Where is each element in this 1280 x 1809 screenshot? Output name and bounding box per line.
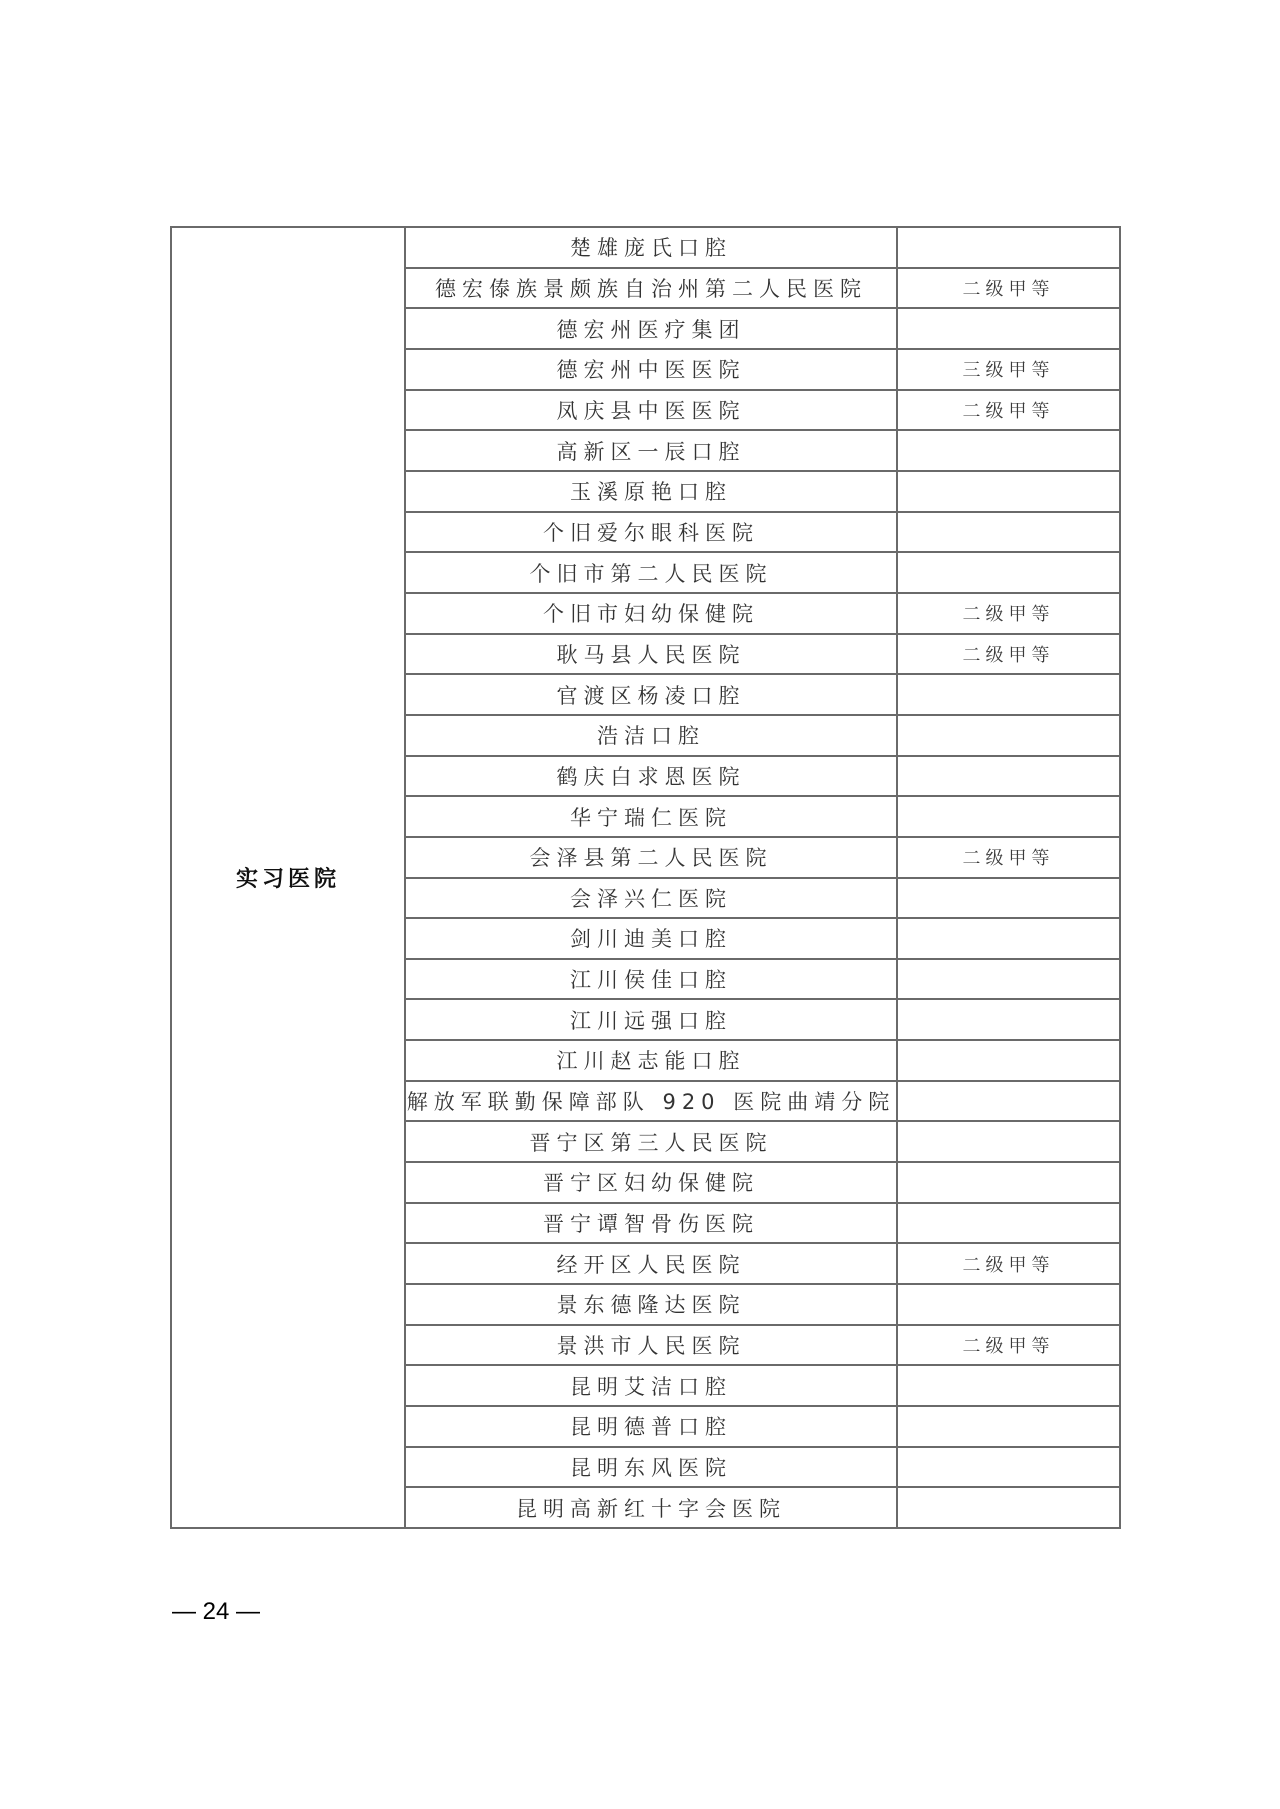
hospital-grade-cell: [897, 1162, 1120, 1203]
document-page: 实习医院楚雄庞氏口腔德宏傣族景颇族自治州第二人民医院二级甲等德宏州医疗集团德宏州…: [0, 0, 1280, 1809]
hospital-name-cell: 江川赵志能口腔: [405, 1040, 897, 1081]
hospital-grade-cell: 二级甲等: [897, 390, 1120, 431]
hospital-name-cell: 会泽兴仁医院: [405, 878, 897, 919]
hospital-name-cell: 个旧市妇幼保健院: [405, 593, 897, 634]
hospital-name-cell: 华宁瑞仁医院: [405, 796, 897, 837]
hospital-grade-cell: 二级甲等: [897, 268, 1120, 309]
hospital-name-cell: 楚雄庞氏口腔: [405, 227, 897, 268]
table-row: 实习医院楚雄庞氏口腔: [171, 227, 1120, 268]
hospital-name-cell: 晋宁区第三人民医院: [405, 1121, 897, 1162]
hospital-name-cell: 德宏州中医医院: [405, 349, 897, 390]
hospital-name-cell: 江川远强口腔: [405, 999, 897, 1040]
hospital-name-cell: 个旧市第二人民医院: [405, 552, 897, 593]
page-number: — 24 —: [172, 1598, 260, 1626]
category-cell: 实习医院: [171, 227, 405, 1528]
hospital-name-cell: 德宏傣族景颇族自治州第二人民医院: [405, 268, 897, 309]
hospital-grade-cell: [897, 1284, 1120, 1325]
internship-hospital-table: 实习医院楚雄庞氏口腔德宏傣族景颇族自治州第二人民医院二级甲等德宏州医疗集团德宏州…: [170, 226, 1121, 1529]
hospital-grade-cell: 二级甲等: [897, 634, 1120, 675]
hospital-name-cell: 昆明德普口腔: [405, 1406, 897, 1447]
hospital-name-cell: 经开区人民医院: [405, 1243, 897, 1284]
hospital-name-cell: 会泽县第二人民医院: [405, 837, 897, 878]
hospital-grade-cell: 三级甲等: [897, 349, 1120, 390]
hospital-grade-cell: [897, 796, 1120, 837]
hospital-grade-cell: [897, 715, 1120, 756]
hospital-name-cell: 德宏州医疗集团: [405, 308, 897, 349]
hospital-name-cell: 浩洁口腔: [405, 715, 897, 756]
hospital-grade-cell: [897, 1487, 1120, 1528]
hospital-name-cell: 剑川迪美口腔: [405, 918, 897, 959]
hospital-name-cell: 高新区一辰口腔: [405, 430, 897, 471]
hospital-grade-cell: [897, 512, 1120, 553]
hospital-grade-cell: [897, 674, 1120, 715]
hospital-grade-cell: [897, 1365, 1120, 1406]
hospital-name-cell: 昆明东风医院: [405, 1447, 897, 1488]
hospital-grade-cell: [897, 1040, 1120, 1081]
hospital-name-cell: 景洪市人民医院: [405, 1325, 897, 1366]
hospital-name-cell: 景东德隆达医院: [405, 1284, 897, 1325]
table-body: 实习医院楚雄庞氏口腔德宏傣族景颇族自治州第二人民医院二级甲等德宏州医疗集团德宏州…: [171, 227, 1120, 1528]
hospital-grade-cell: 二级甲等: [897, 593, 1120, 634]
hospital-grade-cell: [897, 1447, 1120, 1488]
hospital-name-cell: 晋宁区妇幼保健院: [405, 1162, 897, 1203]
hospital-grade-cell: 二级甲等: [897, 1243, 1120, 1284]
hospital-grade-cell: [897, 471, 1120, 512]
hospital-grade-cell: [897, 227, 1120, 268]
hospital-grade-cell: [897, 552, 1120, 593]
hospital-grade-cell: [897, 430, 1120, 471]
hospital-name-cell: 江川侯佳口腔: [405, 959, 897, 1000]
hospital-grade-cell: [897, 918, 1120, 959]
hospital-grade-cell: [897, 959, 1120, 1000]
hospital-name-cell: 鹤庆白求恩医院: [405, 756, 897, 797]
hospital-name-cell: 昆明艾洁口腔: [405, 1365, 897, 1406]
hospital-name-cell: 晋宁谭智骨伤医院: [405, 1203, 897, 1244]
hospital-grade-cell: [897, 1121, 1120, 1162]
hospital-name-cell: 玉溪原艳口腔: [405, 471, 897, 512]
hospital-name-cell: 个旧爱尔眼科医院: [405, 512, 897, 553]
hospital-grade-cell: [897, 1406, 1120, 1447]
hospital-grade-cell: 二级甲等: [897, 1325, 1120, 1366]
hospital-name-cell: 官渡区杨凌口腔: [405, 674, 897, 715]
hospital-grade-cell: [897, 1081, 1120, 1122]
hospital-grade-cell: [897, 1203, 1120, 1244]
hospital-grade-cell: [897, 999, 1120, 1040]
hospital-grade-cell: 二级甲等: [897, 837, 1120, 878]
hospital-name-cell: 解放军联勤保障部队 920 医院曲靖分院: [405, 1081, 897, 1122]
hospital-grade-cell: [897, 878, 1120, 919]
hospital-name-cell: 耿马县人民医院: [405, 634, 897, 675]
hospital-grade-cell: [897, 308, 1120, 349]
hospital-name-cell: 凤庆县中医医院: [405, 390, 897, 431]
hospital-name-cell: 昆明高新红十字会医院: [405, 1487, 897, 1528]
hospital-grade-cell: [897, 756, 1120, 797]
